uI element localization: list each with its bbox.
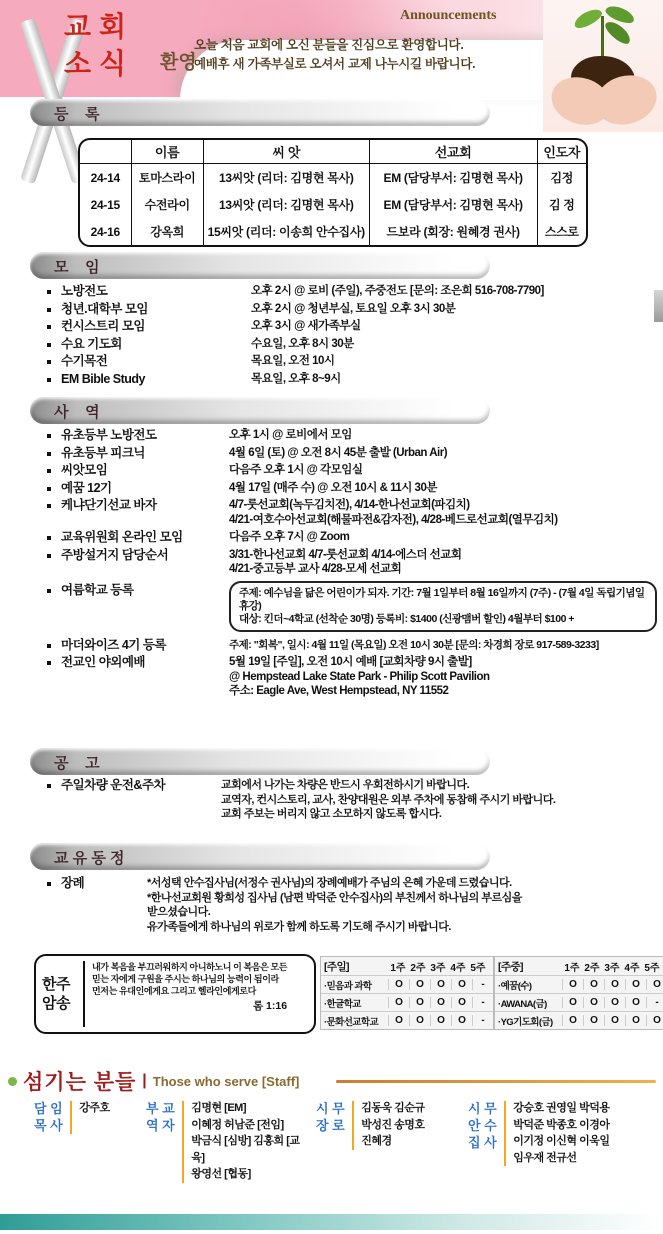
item-value: 목요일, 오후 8~9시: [251, 372, 657, 387]
cell-guide: 스스로: [537, 218, 586, 245]
list-item-summer-school: 여름학교 등록 주제: 예수님을 닮은 어린이가 되자. 기간: 7월 1일부터…: [45, 583, 657, 632]
row-label: ·예꿈(수): [495, 978, 562, 992]
item-value: 오후 2시 @ 청년부실, 토요일 오후 3시 30분: [251, 302, 657, 317]
table-row: ·AWANA(금) O O O O -: [495, 993, 663, 1011]
section-bar-registration: 등 록: [30, 99, 490, 126]
bullet-icon: [47, 504, 51, 508]
list-item: 수요 기도회수요일, 오후 8시 30분: [45, 337, 657, 352]
table-row: ·한글학교 O O O O -: [321, 993, 493, 1011]
cell-mission: EM (담당부서: 김명현 목사): [369, 191, 537, 218]
plant-in-hands-photo: [543, 0, 663, 132]
table-row: ·예꿈(수) O O O O O: [495, 975, 663, 993]
mark: O: [604, 997, 625, 1008]
list-item: 교육위원회 온라인 모임다음주 오후 7시 @ Zoom: [45, 530, 657, 545]
row-label: ·YG기도회(금): [495, 1014, 562, 1028]
registration-table: 이름 씨 앗 선교회 인도자 24-14 토마스라이 13씨앗 (리더: 김명현…: [78, 138, 588, 247]
item-label: 씨앗모임: [61, 463, 229, 478]
item-label: 컨시스트리 모임: [61, 319, 251, 334]
mark: -: [472, 979, 493, 990]
list-item: 전교인 야외예배5월 19일 [주일], 오전 10시 예배 [교회차량 9시 …: [45, 655, 657, 699]
table-row: ·YG기도회(금) O O O O O: [495, 1011, 663, 1029]
bullet-icon: [47, 784, 51, 788]
row-label: ·AWANA(금): [495, 996, 562, 1010]
table-header-row: [주중] 1주 2주 3주 4주 5주: [495, 957, 663, 975]
col-header: 4주: [448, 959, 468, 974]
mark: O: [409, 979, 430, 990]
table-title: [주일]: [321, 959, 388, 974]
item-label: EM Bible Study: [61, 372, 251, 387]
mark: O: [604, 1015, 625, 1026]
col-header: 이름: [131, 140, 203, 164]
staff-group-elders: 시 무 장 로 김동욱 김순규 박성진 송명호 진혜경: [316, 1100, 425, 1150]
bullet-icon: [47, 378, 51, 382]
staff-title-english: Those who serve [Staff]: [153, 1074, 300, 1089]
item-value: 4월 17일 (매주 수) @ 오전 10시 & 11시 30분: [229, 481, 657, 496]
green-dot-icon: [8, 1077, 17, 1086]
section-bar-meetings: 모 임: [30, 252, 490, 279]
item-label: 주일차량 운전&주차: [61, 778, 221, 793]
mark: O: [430, 1015, 451, 1026]
list-item: 장례*서성택 안수집사님(서정수 권사님)의 장례예배가 주님의 은혜 가운데 …: [45, 876, 657, 934]
item-value: 4월 6일 (토) @ 오전 8시 45분 출발 (Urban Air): [229, 446, 657, 461]
summer-school-box: 주제: 예수님을 닮은 어린이가 되자. 기간: 7월 1일부터 8월 16일까…: [229, 581, 657, 632]
section-bar-notice: 공 고: [30, 748, 490, 775]
bullet-icon: [47, 661, 51, 665]
item-value: 다음주 오후 1시 @ 각모임실: [229, 463, 657, 478]
item-label: 교육위원회 온라인 모임: [61, 530, 229, 545]
item-label: 마더와이즈 4기 등록: [61, 638, 229, 653]
list-item: 주일차량 운전&주차교회에서 나가는 차량은 반드시 우회전하시기 바랍니다. …: [45, 778, 657, 822]
bullet-icon: [47, 589, 51, 593]
table-row: 24-15 수전라이 13씨앗 (리더: 김명현 목사) EM (담당부서: 김…: [80, 191, 586, 218]
bullet-icon: [47, 554, 51, 558]
list-item: 케냐단기선교 바자4/7-룻선교회(녹두김치전), 4/14-한나선교회(파김치…: [45, 498, 657, 527]
list-item: 수기목전목요일, 오전 10시: [45, 354, 657, 369]
item-label: 유초등부 피크닉: [61, 446, 229, 461]
staff-group-ordained-deacons: 시 무 안 수 집 사 강승호 권영일 박덕용 박덕준 박종호 이경아 이기정 …: [468, 1100, 658, 1166]
bullet-icon: [47, 308, 51, 312]
divider: [352, 1101, 355, 1150]
mark: O: [562, 979, 583, 990]
bullet-icon: [47, 536, 51, 540]
bottom-accent-bar: [0, 1214, 663, 1230]
ministry-list: 유초등부 노방전도오후 1시 @ 로비에서 모임 유초등부 피크닉4월 6일 (…: [45, 428, 657, 702]
list-item: 유초등부 노방전도오후 1시 @ 로비에서 모임: [45, 428, 657, 443]
separator: |: [142, 1072, 146, 1090]
bullet-icon: [47, 290, 51, 294]
meetings-list: 노방전도오후 2시 @ 로비 (주일), 주중전도 [문의: 조은희 516-7…: [45, 284, 657, 389]
mark: O: [583, 1015, 604, 1026]
mark: O: [430, 979, 451, 990]
item-value: 오후 3시 @ 새가족부실: [251, 319, 657, 334]
mark: -: [646, 997, 663, 1008]
list-item: 마더와이즈 4기 등록주제: "회복", 일시: 4월 11일 (목요일) 오전…: [45, 638, 657, 653]
col-header: 5주: [468, 959, 488, 974]
list-item: 청년.대학부 모임오후 2시 @ 청년부실, 토요일 오후 3시 30분: [45, 302, 657, 317]
item-label: 수요 기도회: [61, 337, 251, 352]
staff-role-label: 시 무 안 수 집 사: [468, 1100, 497, 1166]
table-row: 24-14 토마스라이 13씨앗 (리더: 김명현 목사) EM (담당부서: …: [80, 164, 586, 192]
list-item: 씨앗모임다음주 오후 1시 @ 각모임실: [45, 463, 657, 478]
item-label: 예꿈 12기: [61, 481, 229, 496]
row-label: ·문화선교학교: [321, 1014, 388, 1028]
memory-verse-reference: 롬 1:16: [92, 998, 287, 1013]
item-value: 목요일, 오전 10시: [251, 354, 657, 369]
table-row: 24-16 강옥희 15씨앗 (리더: 이송희 안수집사) 드보라 (회장: 원…: [80, 218, 586, 245]
col-header: 1주: [388, 959, 408, 974]
col-header: 인도자: [537, 140, 586, 164]
cell-name: 강옥희: [131, 218, 203, 245]
divider: [83, 961, 85, 1027]
mark: O: [625, 979, 646, 990]
mark: O: [451, 1015, 472, 1026]
cell-mission: EM (담당부서: 김명현 목사): [369, 164, 537, 192]
list-item: 예꿈 12기4월 17일 (매주 수) @ 오전 10시 & 11시 30분: [45, 481, 657, 496]
memory-verse-label: 한주 암송: [42, 975, 80, 1013]
item-label: 수기목전: [61, 354, 251, 369]
section-title: 사 역: [30, 397, 490, 422]
mark: O: [646, 1015, 663, 1026]
cell-seed: 13씨앗 (리더: 김명현 목사): [203, 191, 369, 218]
cell-guide: 김 정: [537, 191, 586, 218]
mark: O: [583, 979, 604, 990]
item-label: 주방설거지 담당순서: [61, 548, 229, 563]
mark: O: [604, 979, 625, 990]
bullet-icon: [47, 434, 51, 438]
staff-names: 김명현 [EM] 이혜정 허남준 [전임] 박금식 [심방] 김홍희 [교육] …: [191, 1100, 310, 1183]
bullet-icon: [47, 343, 51, 347]
item-label: 장례: [61, 876, 147, 891]
mark: O: [646, 979, 663, 990]
row-label: ·한글학교: [321, 996, 388, 1010]
mark: O: [583, 997, 604, 1008]
item-label: 노방전도: [61, 284, 251, 299]
bullet-icon: [47, 882, 51, 886]
cell-mission: 드보라 (회장: 원혜경 권사): [369, 218, 537, 245]
staff-title-rule: [336, 1080, 656, 1083]
item-value: 오후 2시 @ 로비 (주일), 주중전도 [문의: 조은희 516-708-7…: [251, 284, 657, 299]
item-value: 교회에서 나가는 차량은 반드시 우회전하시기 바랍니다. 교역자, 컨시스토리…: [221, 778, 657, 822]
item-value: 4/7-룻선교회(녹두김치전), 4/14-한나선교회(파김치) 4/21-여호…: [229, 498, 657, 527]
announcements-label: Announcements: [400, 8, 496, 24]
table-title: [주중]: [495, 959, 562, 974]
bullet-icon: [47, 452, 51, 456]
bullet-icon: [47, 469, 51, 473]
memory-verse-text: 내가 복음을 부끄러워하지 아니하노니 이 복음은 모든 믿는 자에게 구원을 …: [92, 961, 287, 997]
staff-role-label: 부 교 역 자: [146, 1100, 175, 1183]
list-item: 유초등부 피크닉4월 6일 (토) @ 오전 8시 45분 출발 (Urban …: [45, 446, 657, 461]
section-bar-ministry: 사 역: [30, 397, 490, 424]
col-header: [80, 140, 131, 164]
mark: O: [451, 997, 472, 1008]
item-label: 케냐단기선교 바자: [61, 498, 229, 513]
mark: -: [472, 1015, 493, 1026]
item-label: 청년.대학부 모임: [61, 302, 251, 317]
item-value: 수요일, 오후 8시 30분: [251, 337, 657, 352]
table-header-row: [주일] 1주 2주 3주 4주 5주: [321, 957, 493, 975]
attendance-table-weekday: [주중] 1주 2주 3주 4주 5주 ·예꿈(수) O O O O O ·AW…: [494, 956, 663, 1030]
page-title: 교회 소식: [64, 8, 134, 82]
mark: O: [451, 979, 472, 990]
notice-list: 주일차량 운전&주차교회에서 나가는 차량은 반드시 우회전하시기 바랍니다. …: [45, 778, 657, 825]
item-value: 주제: "회복", 일시: 4월 11일 (목요일) 오전 10시 30분 [문…: [229, 638, 657, 653]
mark: O: [409, 1015, 430, 1026]
item-value: 3/31-한나선교회 4/7-룻선교회 4/14-에스더 선교회 4/21-중고…: [229, 548, 657, 577]
item-label: 전교인 야외예배: [61, 655, 229, 670]
leaf-icon: [572, 6, 605, 32]
table-row: ·믿음과 과학 O O O O -: [321, 975, 493, 993]
col-header: 4주: [622, 959, 642, 974]
list-item: 노방전도오후 2시 @ 로비 (주일), 주중전도 [문의: 조은희 516-7…: [45, 284, 657, 299]
summer-school-line: 대상: 킨더~4학교 (선착순 30명) 등록비: $1400 (신광맴버 할인…: [239, 613, 647, 626]
memory-verse-box: 한주 암송 내가 복음을 부끄러워하지 아니하노니 이 복음은 모든 믿는 자에…: [34, 954, 316, 1034]
mark: O: [388, 979, 409, 990]
col-header: 2주: [408, 959, 428, 974]
row-label: ·믿음과 과학: [321, 978, 388, 992]
cell-seed: 13씨앗 (리더: 김명현 목사): [203, 164, 369, 192]
list-item: 주방설거지 담당순서3/31-한나선교회 4/7-룻선교회 4/14-에스더 선…: [45, 548, 657, 577]
mark: O: [562, 1015, 583, 1026]
item-value: 오후 1시 @ 로비에서 모임: [229, 428, 657, 443]
staff-role-label: 담 임 목 사: [34, 1100, 63, 1134]
welcome-label: 환영: [160, 47, 197, 74]
mark: O: [625, 1015, 646, 1026]
col-header: 씨 앗: [203, 140, 369, 164]
cell-guide: 김정: [537, 164, 586, 192]
table-header-row: 이름 씨 앗 선교회 인도자: [80, 140, 586, 164]
staff-role-label: 시 무 장 로: [316, 1100, 345, 1150]
staff-section-title: 섬기는 분들 | Those who serve [Staff]: [8, 1066, 299, 1096]
cell-name: 수전라이: [131, 191, 203, 218]
item-value: *서성택 안수집사님(서정수 권사님)의 장례예배가 주님의 은혜 가운데 드렸…: [147, 876, 657, 934]
section-title: 등 록: [30, 99, 490, 124]
staff-title-korean: 섬기는 분들: [23, 1066, 136, 1096]
member-news-list: 장례*서성택 안수집사님(서정수 권사님)의 장례예배가 주님의 은혜 가운데 …: [45, 876, 657, 937]
list-item: 컨시스트리 모임오후 3시 @ 새가족부실: [45, 319, 657, 334]
section-title: 교 유 동 정: [30, 843, 490, 868]
staff-names: 강승호 권영일 박덕용 박덕준 박종호 이경아 이기정 이신혁 이욱일 임우재 …: [513, 1100, 658, 1166]
section-title: 모 임: [30, 252, 490, 277]
bullet-icon: [47, 487, 51, 491]
welcome-message: 오늘 처음 교회에 오신 분들을 진심으로 환영합니다. 예배후 새 가족부실로…: [194, 36, 534, 74]
staff-names: 김동욱 김순규 박성진 송명호 진혜경: [361, 1100, 424, 1150]
table-row: ·문화선교학교 O O O O -: [321, 1011, 493, 1029]
bullet-icon: [47, 644, 51, 648]
mark: O: [388, 1015, 409, 1026]
plant-stem: [601, 16, 604, 60]
col-header: 5주: [642, 959, 662, 974]
col-header: 1주: [562, 959, 582, 974]
staff-group-senior-pastor: 담 임 목 사 강주호: [34, 1100, 110, 1134]
mark: O: [562, 997, 583, 1008]
cell-id: 24-14: [80, 164, 131, 192]
item-label: 여름학교 등록: [61, 583, 229, 598]
item-value: 다음주 오후 7시 @ Zoom: [229, 530, 657, 545]
divider: [70, 1101, 73, 1134]
mark: -: [472, 997, 493, 1008]
attendance-table-sunday: [주일] 1주 2주 3주 4주 5주 ·믿음과 과학 O O O O - ·한…: [320, 956, 494, 1030]
bullet-icon: [47, 325, 51, 329]
divider: [182, 1101, 185, 1183]
cell-id: 24-15: [80, 191, 131, 218]
section-bar-member-news: 교 유 동 정: [30, 843, 490, 870]
item-label: 유초등부 노방전도: [61, 428, 229, 443]
cell-id: 24-16: [80, 218, 131, 245]
staff-group-associate-pastors: 부 교 역 자 김명현 [EM] 이혜정 허남준 [전임] 박금식 [심방] 김…: [146, 1100, 310, 1183]
mark: O: [625, 997, 646, 1008]
col-header: 선교회: [369, 140, 537, 164]
staff-names: 강주호: [79, 1100, 109, 1134]
cell-name: 토마스라이: [131, 164, 203, 192]
mark: O: [430, 997, 451, 1008]
list-item: EM Bible Study목요일, 오후 8~9시: [45, 372, 657, 387]
col-header: 3주: [428, 959, 448, 974]
summer-school-line: 주제: 예수님을 닮은 어린이가 되자. 기간: 7월 1일부터 8월 16일까…: [239, 587, 647, 613]
bullet-icon: [47, 360, 51, 364]
mark: O: [388, 997, 409, 1008]
cell-seed: 15씨앗 (리더: 이송희 안수집사): [203, 218, 369, 245]
item-value: 5월 19일 [주일], 오전 10시 예배 [교회차량 9시 출발] @ He…: [229, 655, 657, 699]
divider: [504, 1101, 507, 1166]
mark: O: [409, 997, 430, 1008]
section-title: 공 고: [30, 748, 490, 773]
col-header: 2주: [582, 959, 602, 974]
col-header: 3주: [602, 959, 622, 974]
